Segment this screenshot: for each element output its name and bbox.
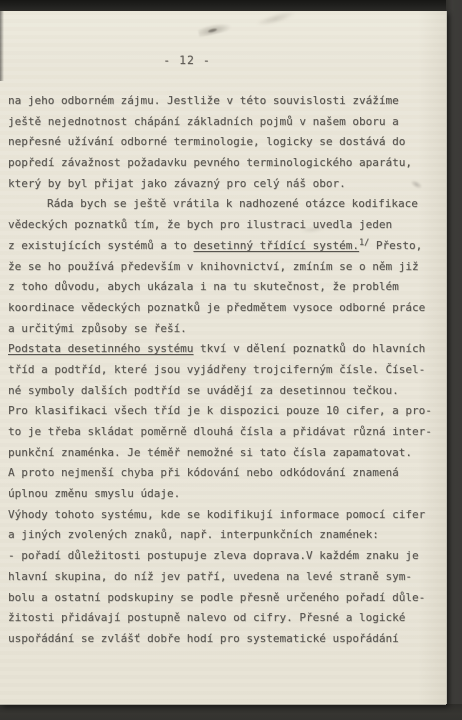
text-line: uspořádání se zvlášť dobře hodí pro syst… xyxy=(8,629,442,650)
text-line: né symboly dalších podtříd se uvádějí za… xyxy=(8,381,442,402)
text-segment: A proto nejmenší chyba při kódování nebo… xyxy=(8,466,399,479)
document-page: - 12 - na jeho odborném zájmu. Jestliže … xyxy=(0,11,446,704)
paper-smudge xyxy=(256,9,297,29)
text-line: ještě nejednotnost chápání základních po… xyxy=(8,112,442,133)
text-line: na jeho odborném zájmu. Jestliže v této … xyxy=(8,91,442,112)
text-segment: nepřesné užívání odborné terminologie, l… xyxy=(8,135,405,148)
text-line: úplnou změnu smyslu údaje. xyxy=(8,484,442,505)
text-line: že se ho používá především v knihovnictv… xyxy=(8,257,442,278)
text-segment: který by byl přijat jako závazný pro cel… xyxy=(8,177,346,190)
text-segment: úplnou změnu smyslu údaje. xyxy=(8,487,180,500)
text-segment: popředí závažnost požadavku pevného term… xyxy=(8,156,412,169)
text-segment: z toho důvodu, abych ukázala i na tu sku… xyxy=(8,280,399,293)
underlined-text: desetinný třídící systém. xyxy=(193,239,359,252)
text-segment: Pro klasifikaci všech tříd je k dispozic… xyxy=(8,404,432,417)
text-segment: vědeckých poznatků tím, že bych pro ilus… xyxy=(8,218,392,231)
text-line: a jiných zvolených znaků, např. interpun… xyxy=(8,525,442,546)
text-segment: Ráda bych se ještě vrátila k nadhozené o… xyxy=(47,197,418,210)
text-segment: né symboly dalších podtříd se uvádějí za… xyxy=(8,384,399,397)
text-segment: to je třeba skládat poměrně dlouhá čísla… xyxy=(8,425,432,438)
text-line: to je třeba skládat poměrně dlouhá čísla… xyxy=(8,422,442,443)
text-line: a určitými způsoby se řeší. xyxy=(8,319,442,340)
text-segment: Přesto, xyxy=(369,239,422,252)
text-line: Podstata desetinného systému tkví v děle… xyxy=(8,339,442,360)
text-line: A proto nejmenší chyba při kódování nebo… xyxy=(8,463,442,484)
text-segment: ještě nejednotnost chápání základních po… xyxy=(8,115,399,128)
text-line: z toho důvodu, abych ukázala i na tu sku… xyxy=(8,277,442,298)
text-line: žitosti přidávají postupně nalevo od cif… xyxy=(8,608,442,629)
text-line: hlavní skupina, do níž jev patří, uveden… xyxy=(8,567,442,588)
text-segment: koordinace vědeckých poznatků je předmět… xyxy=(8,301,425,314)
text-segment: na jeho odborném zájmu. Jestliže v této … xyxy=(8,94,399,107)
text-segment: uspořádání se zvlášť dobře hodí pro syst… xyxy=(8,632,399,645)
text-segment: hlavní skupina, do níž jev patří, uveden… xyxy=(8,570,412,583)
text-segment: punkční znaménka. Je téměř nemožné si ta… xyxy=(8,446,412,459)
text-segment: a určitými způsoby se řeší. xyxy=(8,322,187,335)
text-line: Výhody tohoto systému, kde se kodifikují… xyxy=(8,505,442,526)
text-line: koordinace vědeckých poznatků je předmět… xyxy=(8,298,442,319)
text-segment: Výhody tohoto systému, kde se kodifikují… xyxy=(8,508,425,521)
text-segment: z existujících systémů a to xyxy=(8,239,193,252)
text-body: na jeho odborném zájmu. Jestliže v této … xyxy=(8,91,442,650)
text-segment: tkví v dělení poznatků do hlavních xyxy=(193,342,425,355)
scanned-document-view: - 12 - na jeho odborném zájmu. Jestliže … xyxy=(0,0,462,720)
text-segment: že se ho používá především v knihovnictv… xyxy=(8,260,419,273)
scan-border-top xyxy=(0,0,462,11)
text-segment: - pořadí důležitosti postupuje zleva dop… xyxy=(8,549,419,562)
underlined-text: Podstata desetinného systému xyxy=(8,342,193,355)
scan-border-bottom xyxy=(0,704,462,720)
paper-smudge xyxy=(208,28,217,33)
text-line: nepřesné užívání odborné terminologie, l… xyxy=(8,132,442,153)
text-line: tříd a podtříd, které jsou vyjádřeny tro… xyxy=(8,360,442,381)
text-segment: žitosti přidávají postupně nalevo od cif… xyxy=(8,611,405,624)
text-line: - pořadí důležitosti postupuje zleva dop… xyxy=(8,546,442,567)
text-segment: tříd a podtříd, které jsou vyjádřeny tro… xyxy=(8,363,425,376)
text-line: bolu a ostatní podskupiny se podle přesn… xyxy=(8,588,442,609)
text-line: vědeckých poznatků tím, že bych pro ilus… xyxy=(8,215,442,236)
text-line: popředí závažnost požadavku pevného term… xyxy=(8,153,442,174)
footnote-marker: 1/ xyxy=(359,238,369,248)
scan-border-right xyxy=(446,0,462,720)
text-line: Pro klasifikaci všech tříd je k dispozic… xyxy=(8,401,442,422)
text-line: z existujících systémů a to desetinný tř… xyxy=(8,236,442,257)
page-number: - 12 - xyxy=(148,53,226,67)
text-line: který by byl přijat jako závazný pro cel… xyxy=(8,174,442,195)
text-segment: bolu a ostatní podskupiny se podle přesn… xyxy=(8,591,425,604)
text-segment: a jiných zvolených znaků, např. interpun… xyxy=(8,528,379,541)
text-line: Ráda bych se ještě vrátila k nadhozené o… xyxy=(8,194,442,215)
paper-smudge xyxy=(197,21,232,38)
paper-edge-shadow xyxy=(0,11,4,81)
text-line: punkční znaménka. Je téměř nemožné si ta… xyxy=(8,443,442,464)
